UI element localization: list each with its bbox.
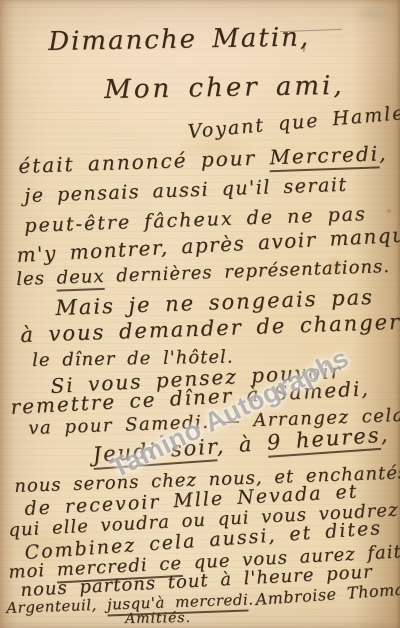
underlined-text: Jeudi soir (92, 434, 218, 470)
dateline: Dimanche Matin, (48, 23, 310, 56)
text-segment: les (16, 268, 57, 290)
text-segment: Amitiés. (125, 610, 191, 627)
underlined-text: deux (56, 266, 105, 292)
underlined-text: Mercredi (269, 141, 380, 172)
text-segment: Voyant que Hamlet (187, 101, 400, 143)
text-segment: je pensais aussi qu'il serait (24, 174, 348, 207)
text-segment: . (248, 590, 254, 608)
body-line: je pensais aussi qu'il serait (24, 175, 348, 207)
text-segment: , (379, 141, 388, 165)
letter-lines: Dimanche Matin,Mon cher ami,Voyant que H… (0, 0, 400, 628)
body-line: Voyant que Hamlet (187, 102, 400, 143)
text-segment: était annoncé pour (18, 145, 270, 178)
text-segment: Argenteuil, (6, 595, 107, 617)
letter-page: Dimanche Matin,Mon cher ami,Voyant que H… (0, 0, 400, 628)
body-line: était annoncé pour Mercredi, (18, 142, 388, 177)
text-segment: Dimanche Matin, (48, 22, 310, 57)
text-segment: Mon cher ami, (104, 71, 345, 105)
closing: Amitiés. (125, 611, 191, 628)
text-segment: , (380, 422, 390, 447)
salutation: Mon cher ami, (104, 72, 345, 105)
text-segment: dernières représentations. (104, 256, 390, 287)
text-segment: , à (216, 431, 268, 458)
